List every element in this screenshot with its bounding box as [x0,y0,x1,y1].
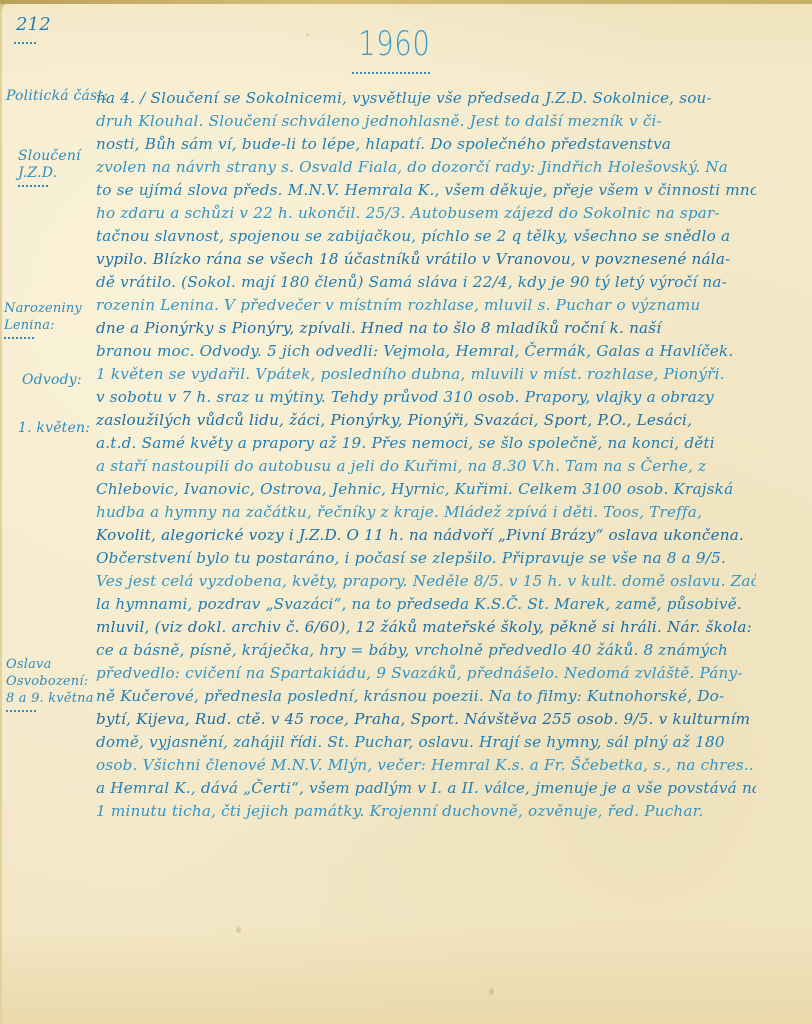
margin-note-underline [18,183,48,187]
text-line: 1 minutu ticha, čti jejich památky. Kroj… [96,801,756,821]
text-line: hudba a hymny na začátku, řečníky z kraj… [96,502,756,522]
text-line: rozenin Lenina. V předvečer v místním ro… [96,295,756,315]
margin-note-text: 1. květen: [18,420,90,436]
text-line: Občerstvení bylo tu postaráno, i počasí … [96,548,756,568]
text-line: 1 květen se vydařil. Vpátek, posledního … [96,364,756,384]
margin-note-1-kveten: 1. květen: [18,420,90,437]
text-line: branou moc. Odvody. 5 jich odvedli: Vejm… [96,341,756,361]
text-line: tačnou slavnost, spojenou se zabijačkou,… [96,226,756,246]
text-line: vypilo. Blízko rána se všech 18 účastník… [96,249,756,269]
text-line: Chlebovic, Ivanovic, Ostrova, Jehnic, Hy… [96,479,756,499]
margin-note-odvody: Odvody: [22,372,82,389]
margin-note-text: Odvody: [22,372,82,388]
year-heading: 1960 [358,24,424,64]
text-line: nosti, Bůh sám ví, bude-li to lépe, hlap… [96,134,756,154]
text-line: předvedlo: cvičení na Spartakiádu, 9 Sva… [96,663,756,683]
margin-note-text: Sloučení J.Z.D. [18,148,81,181]
text-line: dne a Pionýrky s Pionýry, zpívali. Hned … [96,318,756,338]
margin-note-text: Narozeniny Lenina: [4,301,82,333]
text-line: osob. Všichni členové M.N.V. Mlýn, večer… [96,755,756,775]
page-number: 212 [16,14,51,35]
margin-note-slouceni-jzd: Sloučení J.Z.D. [18,148,88,187]
text-line: na 4. / Sloučení se Sokolnicemi, vysvětl… [96,88,756,108]
margin-note-politicka-cast: Politická část: [6,88,108,105]
text-line: a staří nastoupili do autobusu a jeli do… [96,456,756,476]
text-line: druh Klouhal. Sloučení schváleno jednohl… [96,111,756,131]
text-line: zasloužilých vůdců lidu, žáci, Pionýrky,… [96,410,756,430]
margin-note-underline [4,335,34,339]
margin-note-text: Politická část: [6,88,108,104]
chronicle-page: 212 1960 Politická část: Sloučení J.Z.D.… [0,0,812,1024]
text-line: dě vrátilo. (Sokol. mají 180 členů) Samá… [96,272,756,292]
margin-note-narozeniny-lenina: Narozeniny Lenina: [4,300,96,339]
text-line: la hymnami, pozdrav „Svazáci“, na to pře… [96,594,756,614]
paper-stain [306,33,309,36]
text-line: mluvil, (viz dokl. archiv č. 6/60), 12 ž… [96,617,756,637]
margin-note-text: Oslava Osvobození: 8 a 9. května [6,657,94,706]
margin-note-underline [6,708,36,712]
text-line: a Hemral K., dává „Čerti“, všem padlým v… [96,778,756,798]
year-heading-underline [352,68,430,74]
text-line: domě, vyjasnění, zahájil řídi. St. Pucha… [96,732,756,752]
text-line: zvolen na návrh strany s. Osvald Fiala, … [96,157,756,177]
page-edge [0,0,812,4]
text-line: Ves jest celá vyzdobena, květy, prapory.… [96,571,756,591]
text-line: a.t.d. Samé květy a prapory až 19. Přes … [96,433,756,453]
page-number-underline [14,38,36,44]
text-line: ce a básně, písně, kráječka, hry = báby,… [96,640,756,660]
text-line: ho zdaru a schůzi v 22 h. ukončil. 25/3.… [96,203,756,223]
paper-stain [489,988,494,995]
text-line: v sobotu v 7 h. sraz u mýtiny. Tehdy prů… [96,387,756,407]
text-line: ně Kučerové, přednesla poslední, krásnou… [96,686,756,706]
text-line: bytí, Kijeva, Rud. ctě. v 45 roce, Praha… [96,709,756,729]
paper-stain [236,927,241,933]
text-line: Kovolit, alegorické vozy i J.Z.D. O 11 h… [96,525,756,545]
margin-note-oslava-osvobozeni: Oslava Osvobození: 8 a 9. května [6,656,96,712]
text-line: to se ujímá slova předs. M.N.V. Hemrala … [96,180,756,200]
